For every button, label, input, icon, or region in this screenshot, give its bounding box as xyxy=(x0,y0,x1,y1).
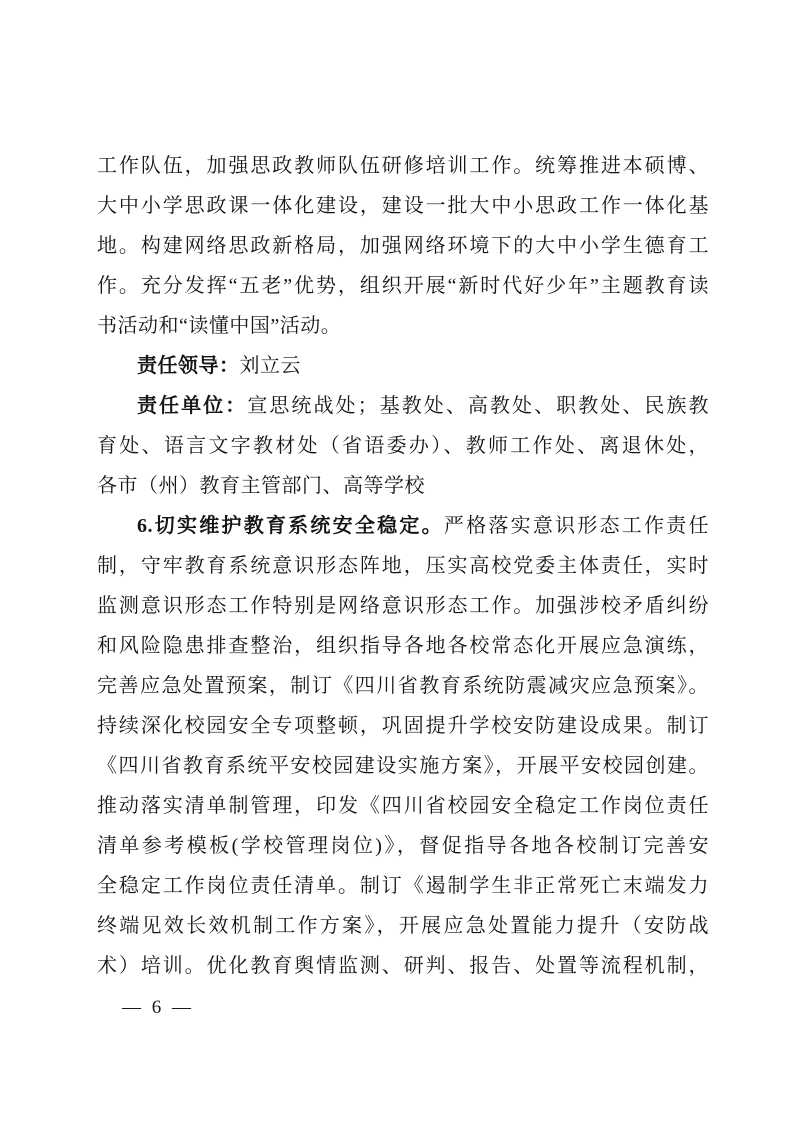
text-line: 作。充分发挥“五老”优势，组织开展“新时代好少年”主题教育读 xyxy=(97,266,709,306)
text-line: 书活动和“读懂中国”活动。 xyxy=(97,306,709,346)
text-line: 《四川省教育系统平安校园建设实施方案》，开展平安校园创建。 xyxy=(97,746,709,786)
text-line: 大中小学思政课一体化建设，建设一批大中小思政工作一体化基 xyxy=(97,186,709,226)
text-run: 全稳定工作岗位责任清单。制订《遏制学生非正常死亡末端发力 xyxy=(97,875,709,897)
text-run: 工作队伍，加强思政教师队伍研修培训工作。统筹推进本硕博、 xyxy=(97,155,709,177)
text-run: 育处、语言文字教材处（省语委办）、教师工作处、离退休处， xyxy=(97,435,709,457)
text-line: 清单参考模板(学校管理岗位)》，督促指导各地各校制订完善安 xyxy=(97,826,709,866)
bold-text-run: 6.切实维护教育系统安全稳定。 xyxy=(137,515,444,537)
text-line: 工作队伍，加强思政教师队伍研修培训工作。统筹推进本硕博、 xyxy=(97,146,709,186)
text-run: 书活动和“读懂中国”活动。 xyxy=(97,315,341,337)
document-page: 工作队伍，加强思政教师队伍研修培训工作。统筹推进本硕博、大中小学思政课一体化建设… xyxy=(0,0,793,1122)
text-run: 完善应急处置预案，制订《四川省教育系统防震减灾应急预案》。 xyxy=(97,675,709,697)
text-line: 完善应急处置预案，制订《四川省教育系统防震减灾应急预案》。 xyxy=(97,666,709,706)
text-run: 终端见效长效机制工作方案》，开展应急处置能力提升（安防战 xyxy=(97,915,709,937)
text-run: 和风险隐患排查整治，组织指导各地各校常态化开展应急演练， xyxy=(97,635,709,657)
text-line: 和风险隐患排查整治，组织指导各地各校常态化开展应急演练， xyxy=(97,626,709,666)
text-run: 宣思统战处；基教处、高教处、职教处、民族教 xyxy=(247,395,709,417)
text-run: 制，守牢教育系统意识形态阵地，压实高校党委主体责任，实时 xyxy=(97,555,709,577)
document-body: 工作队伍，加强思政教师队伍研修培训工作。统筹推进本硕博、大中小学思政课一体化建设… xyxy=(97,146,709,986)
text-line: 监测意识形态工作特别是网络意识形态工作。加强涉校矛盾纠纷 xyxy=(97,586,709,626)
text-run: 清单参考模板(学校管理岗位)》，督促指导各地各校制订完善安 xyxy=(97,835,709,857)
text-run: 各市（州）教育主管部门、高等学校 xyxy=(97,475,425,497)
text-run: 大中小学思政课一体化建设，建设一批大中小思政工作一体化基 xyxy=(97,195,709,217)
bold-text-run: 责任领导： xyxy=(137,355,240,377)
bold-text-run: 责任单位： xyxy=(137,395,247,417)
text-run: 监测意识形态工作特别是网络意识形态工作。加强涉校矛盾纠纷 xyxy=(97,595,709,617)
text-run: 术）培训。优化教育舆情监测、研判、报告、处置等流程机制， xyxy=(97,955,709,977)
text-run: 《四川省教育系统平安校园建设实施方案》，开展平安校园创建。 xyxy=(97,755,709,777)
text-line: 术）培训。优化教育舆情监测、研判、报告、处置等流程机制， xyxy=(97,946,709,986)
text-line: 育处、语言文字教材处（省语委办）、教师工作处、离退休处， xyxy=(97,426,709,466)
text-line: 持续深化校园安全专项整顿，巩固提升学校安防建设成果。制订 xyxy=(97,706,709,746)
text-run: 刘立云 xyxy=(240,355,302,377)
text-line: 制，守牢教育系统意识形态阵地，压实高校党委主体责任，实时 xyxy=(97,546,709,586)
text-line: 各市（州）教育主管部门、高等学校 xyxy=(97,466,709,506)
text-line: 推动落实清单制管理，印发《四川省校园安全稳定工作岗位责任 xyxy=(97,786,709,826)
text-run: 持续深化校园安全专项整顿，巩固提升学校安防建设成果。制订 xyxy=(97,715,709,737)
text-run: 推动落实清单制管理，印发《四川省校园安全稳定工作岗位责任 xyxy=(97,795,709,817)
text-line: 终端见效长效机制工作方案》，开展应急处置能力提升（安防战 xyxy=(97,906,709,946)
page-number: — 6 — xyxy=(122,996,194,1020)
text-run: 作。充分发挥“五老”优势，组织开展“新时代好少年”主题教育读 xyxy=(97,275,709,297)
text-line: 6.切实维护教育系统安全稳定。严格落实意识形态工作责任 xyxy=(97,506,709,546)
text-line: 全稳定工作岗位责任清单。制订《遏制学生非正常死亡末端发力 xyxy=(97,866,709,906)
text-line: 责任单位：宣思统战处；基教处、高教处、职教处、民族教 xyxy=(97,386,709,426)
text-run: 严格落实意识形态工作责任 xyxy=(444,515,709,537)
text-run: 地。构建网络思政新格局，加强网络环境下的大中小学生德育工 xyxy=(97,235,709,257)
text-line: 地。构建网络思政新格局，加强网络环境下的大中小学生德育工 xyxy=(97,226,709,266)
text-line: 责任领导：刘立云 xyxy=(97,346,709,386)
